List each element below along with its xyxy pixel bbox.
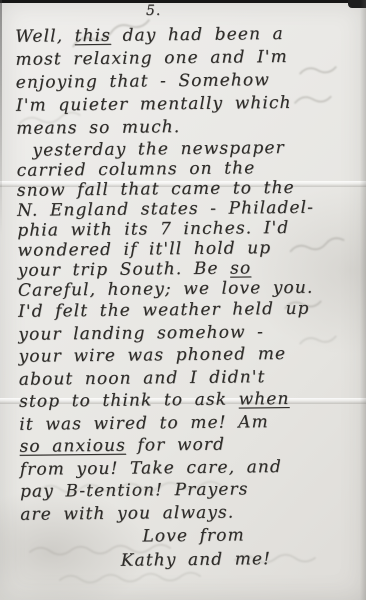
- underlined-word: this: [75, 26, 112, 46]
- letter-line: Love from: [142, 522, 364, 548]
- underlined-word: when: [239, 389, 290, 410]
- letter-line: N. England states - Philadel-: [17, 197, 361, 221]
- scan-edge-top: [0, 0, 366, 3]
- letter-text: day had been a: [111, 24, 284, 46]
- underlined-word: so anxious: [19, 436, 126, 457]
- letter-text: Love from: [142, 525, 244, 546]
- letter-text: from you! Take care, and: [20, 457, 282, 480]
- letter-paragraph: I'd felt the weather held upyour landing…: [18, 297, 364, 526]
- letter-text: are with you always.: [20, 502, 234, 524]
- letter-text: yesterday the newspaper: [32, 138, 285, 161]
- scan-edge-left: [0, 0, 2, 235]
- letter-text: about noon and I didn't: [19, 367, 266, 390]
- letter-text: your trip South. Be: [18, 259, 231, 281]
- page-number: 5.: [146, 3, 161, 19]
- letter-text: Well,: [15, 26, 75, 47]
- underlined-word: so: [230, 258, 251, 278]
- letter-body: Well, this day had been amost relaxing o…: [15, 22, 365, 574]
- letter-text: means so much.: [16, 117, 180, 139]
- letter-paragraph: yesterday the newspapercarried columns o…: [16, 137, 362, 301]
- letter-text: stop to think to ask: [19, 389, 239, 411]
- letter-text: for word: [126, 435, 225, 456]
- letter-text: your landing somehow -: [18, 322, 264, 345]
- letter-text: pay B-tention! Prayers: [20, 479, 249, 501]
- letter-closing-signature: Love fromKathy and me!: [20, 522, 364, 574]
- letter-line: Careful, honey; we love you.: [18, 277, 362, 301]
- letter-text: carried columns on the: [17, 158, 256, 180]
- letter-text: I'd felt the weather held up: [18, 299, 310, 322]
- letter-paragraph: Well, this day had been amost relaxing o…: [15, 22, 360, 141]
- letter-text: your wire was phoned me: [19, 344, 287, 367]
- letter-text: it was wired to me! Am: [19, 412, 269, 435]
- letter-text: Kathy and me!: [121, 549, 272, 571]
- letter-text: enjoying that - Somehow: [16, 70, 270, 93]
- letter-line: Kathy and me!: [121, 546, 365, 573]
- letter-text: most relaxing one and I'm: [15, 47, 288, 70]
- letter-text: I'm quieter mentally which: [16, 93, 292, 116]
- letter-text: wondered if it'll hold up: [17, 238, 271, 261]
